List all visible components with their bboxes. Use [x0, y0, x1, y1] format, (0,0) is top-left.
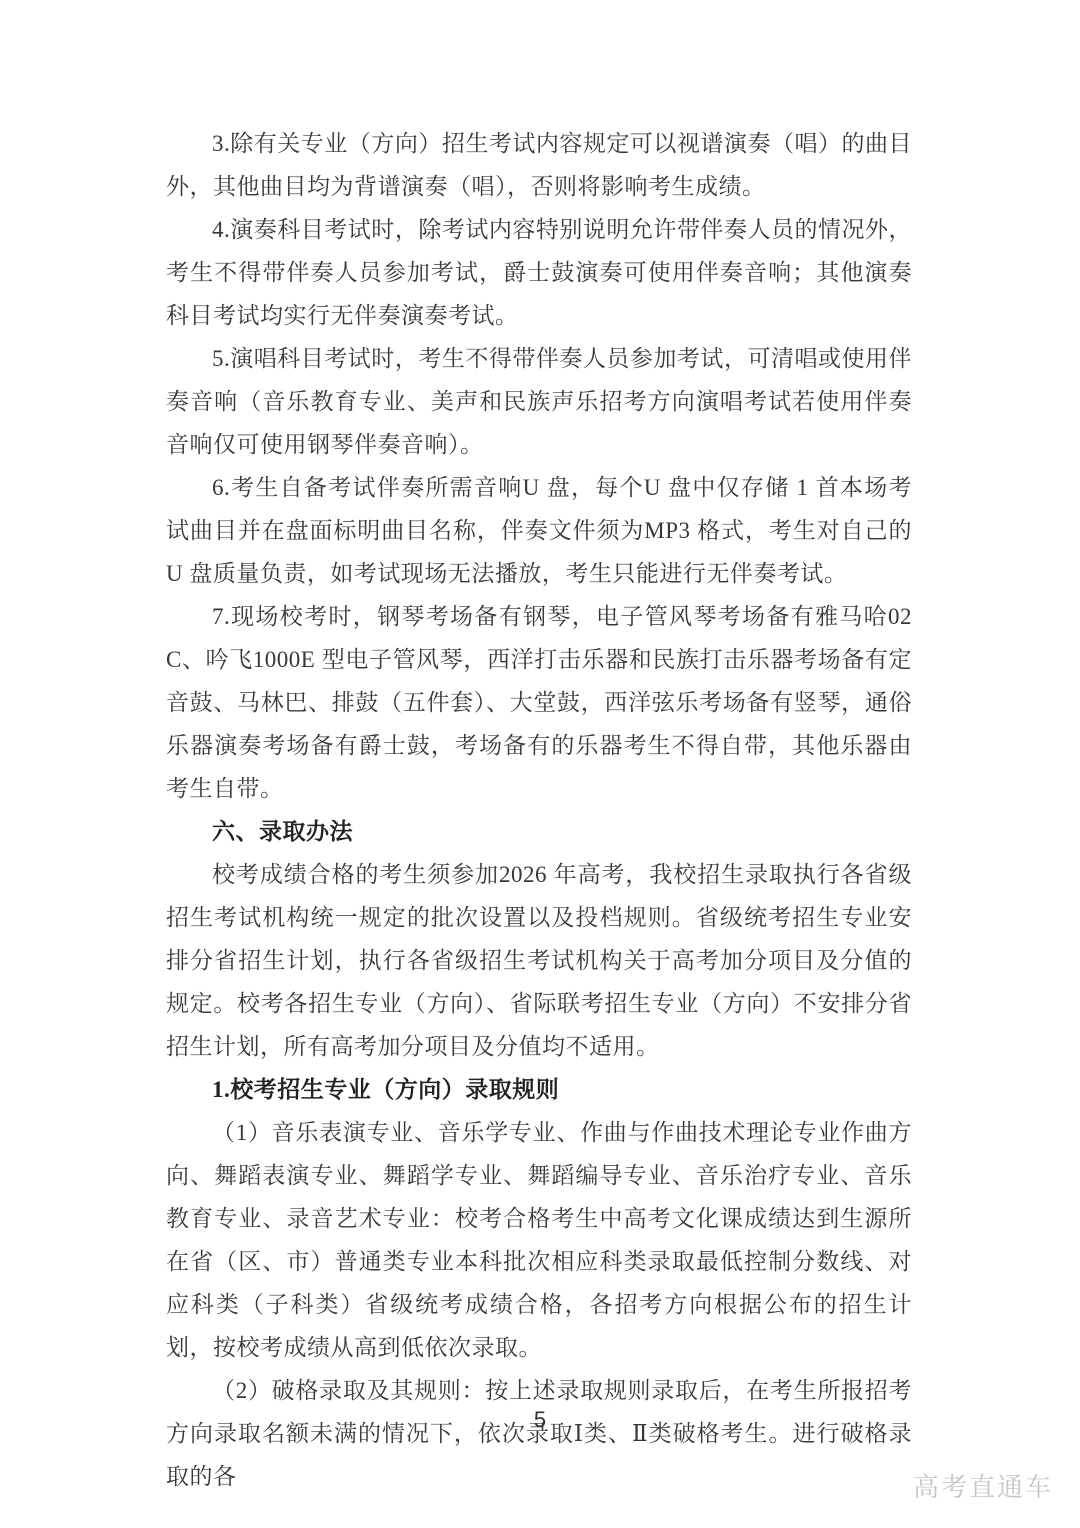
paragraph-item-5: 5.演唱科目考试时，考生不得带伴奏人员参加考试，可清唱或使用伴奏音响（音乐教育专… — [166, 337, 912, 466]
paragraph-item-7: 7.现场校考时，钢琴考场备有钢琴，电子管风琴考场备有雅马哈02C、吟飞1000E… — [166, 595, 912, 810]
paragraph-item-6: 6.考生自备考试伴奏所需音响U 盘，每个U 盘中仅存储 1 首本场考试曲目并在盘… — [166, 466, 912, 595]
section-heading-admission-method: 六、录取办法 — [166, 810, 912, 853]
document-page: 3.除有关专业（方向）招生考试内容规定可以视谱演奏（唱）的曲目外，其他曲目均为背… — [0, 0, 1080, 1528]
document-body: 3.除有关专业（方向）招生考试内容规定可以视谱演奏（唱）的曲目外，其他曲目均为背… — [166, 122, 912, 1498]
watermark-gaokao-zhitongche: 高考直通车 — [913, 1472, 1053, 1502]
paragraph-item-3: 3.除有关专业（方向）招生考试内容规定可以视谱演奏（唱）的曲目外，其他曲目均为背… — [166, 122, 912, 208]
subsection-heading-school-exam-rules: 1.校考招生专业（方向）录取规则 — [166, 1068, 912, 1111]
page-number: 5 — [0, 1398, 1080, 1441]
paragraph-rule-1: （1）音乐表演专业、音乐学专业、作曲与作曲技术理论专业作曲方向、舞蹈表演专业、舞… — [166, 1111, 912, 1369]
paragraph-item-4: 4.演奏科目考试时，除考试内容特别说明允许带伴奏人员的情况外，考生不得带伴奏人员… — [166, 208, 912, 337]
paragraph-admission-overview: 校考成绩合格的考生须参加2026 年高考，我校招生录取执行各省级招生考试机构统一… — [166, 853, 912, 1068]
